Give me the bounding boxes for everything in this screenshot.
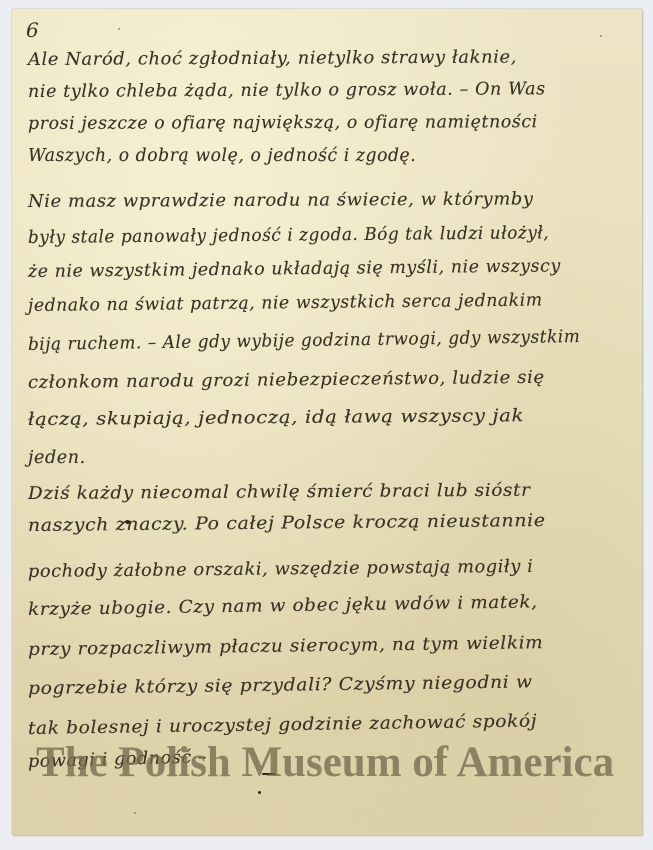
manuscript-line: nie tylko chleba żąda, nie tylko o grosz…	[28, 79, 638, 102]
page-number: 6	[26, 18, 39, 42]
ink-dash	[262, 773, 276, 775]
paper-speck	[118, 28, 120, 30]
manuscript-line: Waszych, o dobrą wolę, o jedność i zgodę…	[28, 146, 626, 166]
manuscript-line: Nie masz wprawdzie narodu na świecie, w …	[28, 189, 650, 212]
paper-speck	[600, 35, 602, 37]
ink-blot	[258, 791, 261, 794]
manuscript-line: Ale Naród, choć zgłodniały, nietylko str…	[28, 47, 650, 70]
manuscript-line: Dziś każdy niecomal chwilę śmierć braci …	[28, 480, 653, 504]
manuscript-line: jeden.	[28, 448, 638, 468]
manuscript-line: prosi jeszcze o ofiarę największą, o ofi…	[28, 112, 632, 134]
paper-speck	[134, 812, 136, 814]
ink-blot	[125, 520, 130, 524]
paper-speck	[430, 420, 432, 422]
